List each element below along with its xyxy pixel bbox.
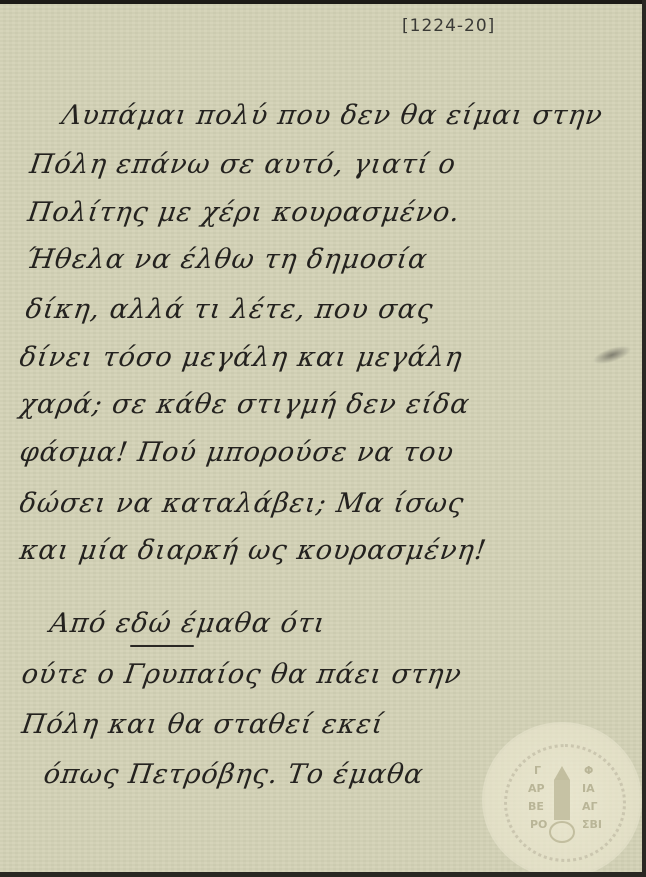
ink-smudge bbox=[591, 342, 633, 368]
scan-border-right bbox=[642, 0, 646, 877]
handwritten-line: Λυπάμαι πολύ που δεν θα είμαι στην bbox=[60, 100, 605, 131]
handwritten-line: δίκη, αλλά τι λέτε, που σας bbox=[24, 294, 436, 325]
handwritten-line: όπως Πετρόβης. Το έμαθα bbox=[42, 759, 426, 790]
handwritten-line: ούτε ο Γρυπαίος θα πάει στην bbox=[20, 659, 464, 690]
handwritten-line: Πόλη και θα σταθεί εκεί bbox=[20, 709, 386, 740]
handwritten-line: Από εδώ έμαθα ότι bbox=[48, 608, 328, 639]
underline-mark bbox=[130, 645, 194, 647]
handwritten-line: δώσει να καταλάβει; Μα ίσως bbox=[18, 488, 466, 519]
handwritten-line: Ήθελα να έλθω τη δημοσία bbox=[24, 244, 430, 275]
library-seal-stamp: Γ Φ ΑΡ ΙΑ ΒΕ ΑΓ ΡΟ ΣΒΙ bbox=[484, 724, 640, 876]
letter-page: [1224-20] Λυπάμαι πολύ που δεν θα είμαι … bbox=[0, 4, 642, 872]
handwritten-line: δίνει τόσο μεγάλη και μεγάλη bbox=[18, 342, 465, 373]
handwritten-line: Πόλη επάνω σε αυτό, γιατί ο bbox=[28, 149, 458, 180]
archive-reference: [1224-20] bbox=[402, 16, 495, 36]
scan-border-bottom bbox=[0, 872, 646, 877]
seal-emblem-icon bbox=[484, 724, 640, 876]
handwritten-line: χαρά; σε κάθε στιγμή δεν είδα bbox=[18, 389, 472, 420]
handwritten-line: φάσμα! Πού μπορούσε να του bbox=[18, 437, 456, 468]
handwritten-line: Πολίτης με χέρι κουρασμένο. bbox=[26, 197, 462, 228]
handwritten-line: και μία διαρκή ως κουρασμένη! bbox=[18, 535, 489, 566]
